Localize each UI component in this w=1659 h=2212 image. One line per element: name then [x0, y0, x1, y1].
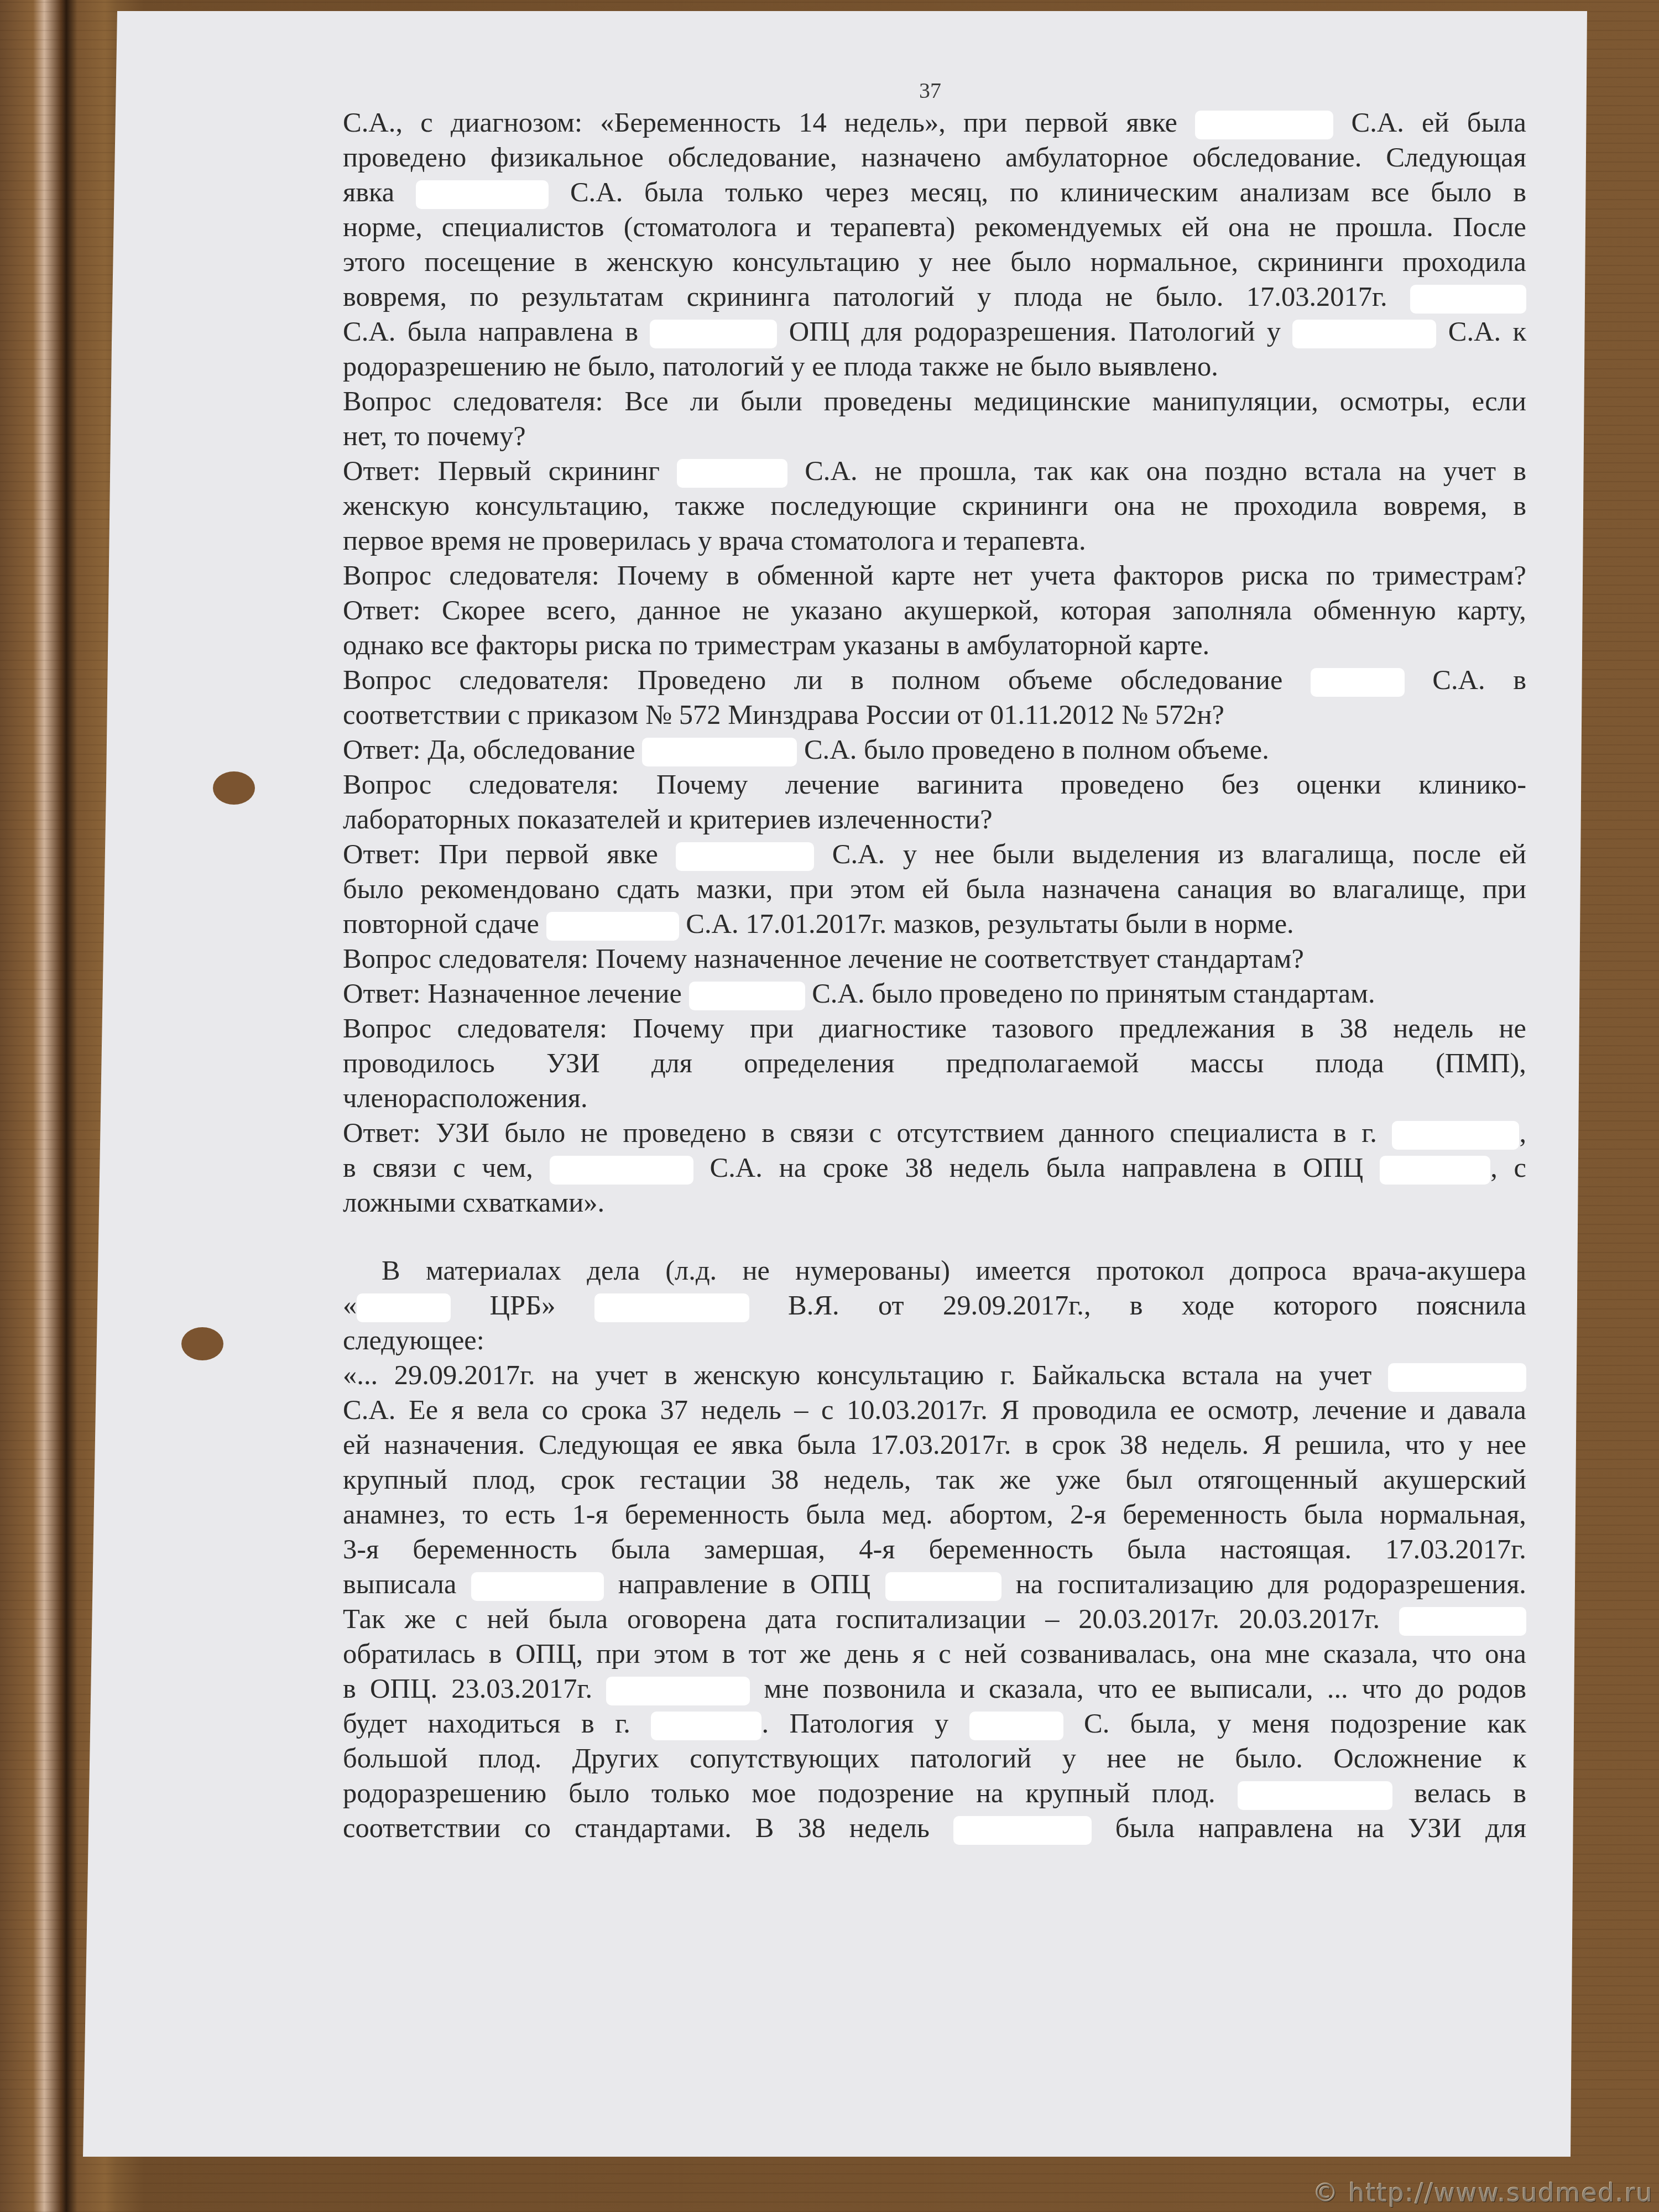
- redaction-mark: [642, 738, 797, 766]
- text-fragment: ,: [1519, 1117, 1526, 1148]
- text-line: ложными схватками».: [343, 1185, 1526, 1220]
- text-fragment: родоразрешению было только мое подозрени…: [343, 1777, 1238, 1808]
- text-fragment: в связи с чем,: [343, 1152, 550, 1183]
- text-line: Ответ: Назначенное лечение С.А. было про…: [343, 976, 1526, 1011]
- redaction-mark: [471, 1572, 604, 1601]
- text-fragment: С.А. не прошла, так как она поздно встал…: [787, 455, 1526, 486]
- text-line: нет, то почему?: [343, 419, 1526, 453]
- text-fragment: первое время не проверилась у врача стом…: [343, 525, 1086, 556]
- text-fragment: выписала: [343, 1568, 471, 1599]
- text-fragment: родоразрешению не было, патологий у ее п…: [343, 351, 1218, 382]
- text-line: С.А., с диагнозом: «Беременность 14 неде…: [343, 105, 1526, 140]
- redaction-mark: [676, 842, 814, 871]
- text-line: Вопрос следователя: Почему в обменной ка…: [343, 558, 1526, 593]
- text-fragment: было рекомендовано сдать мазки, при этом…: [343, 873, 1526, 904]
- text-fragment: направление в ОПЦ: [604, 1568, 885, 1599]
- text-line: выписала направление в ОПЦ на госпитализ…: [343, 1567, 1526, 1601]
- text-line: Ответ: Первый скрининг С.А. не прошла, т…: [343, 453, 1526, 488]
- text-fragment: ЦРБ»: [451, 1290, 594, 1321]
- text-line: ей назначения. Следующая ее явка была 17…: [343, 1427, 1526, 1462]
- text-fragment: С. была, у меня подозрение как: [1063, 1708, 1526, 1739]
- redaction-mark: [689, 982, 805, 1010]
- text-fragment: 3-я беременность была замершая, 4-я бере…: [343, 1533, 1526, 1564]
- text-line: Так же с ней была оговорена дата госпита…: [343, 1601, 1526, 1636]
- text-fragment: Ответ: Назначенное лечение: [343, 978, 689, 1009]
- text-line: в ОПЦ. 23.03.2017г. мне позвонила и сказ…: [343, 1671, 1526, 1706]
- text-line: вовремя, по результатам скрининга патоло…: [343, 279, 1526, 314]
- redaction-mark: [546, 912, 679, 941]
- document-body-text: С.А., с диагнозом: «Беременность 14 неде…: [343, 105, 1526, 1845]
- text-fragment: . Патология у: [761, 1708, 969, 1739]
- text-line: « ЦРБ» В.Я. от 29.09.2017г., в ходе кото…: [343, 1288, 1526, 1323]
- text-line: Вопрос следователя: Проведено ли в полно…: [343, 662, 1526, 697]
- text-line: соответствии с приказом № 572 Минздрава …: [343, 697, 1526, 732]
- text-fragment: С.А. было проведено по принятым стандарт…: [805, 978, 1375, 1009]
- text-line: крупный плод, срок гестации 38 недель, т…: [343, 1462, 1526, 1497]
- page-number: 37: [919, 77, 941, 103]
- text-line: анамнез, то есть 1-я беременность была м…: [343, 1497, 1526, 1532]
- text-line: «... 29.09.2017г. на учет в женскую конс…: [343, 1358, 1526, 1392]
- text-fragment: Вопрос следователя: Все ли были проведен…: [343, 385, 1526, 416]
- redaction-mark: [1399, 1607, 1526, 1636]
- text-line: В материалах дела (л.д. не нумерованы) и…: [343, 1253, 1526, 1288]
- redaction-mark: [550, 1156, 693, 1185]
- redaction-mark: [1311, 668, 1405, 697]
- redaction-mark: [1410, 285, 1526, 314]
- redaction-mark: [651, 1712, 761, 1740]
- text-line: Ответ: Скорее всего, данное не указано а…: [343, 593, 1526, 628]
- text-fragment: Ответ: Первый скрининг: [343, 455, 677, 486]
- text-fragment: С.А. к: [1436, 316, 1526, 347]
- text-fragment: обратилась в ОПЦ, при этом в тот же день…: [343, 1638, 1526, 1669]
- punch-hole: [181, 1327, 223, 1360]
- text-line: явка С.А. была только через месяц, по кл…: [343, 175, 1526, 210]
- text-fragment: С.А. на сроке 38 недель была направлена …: [693, 1152, 1380, 1183]
- text-fragment: Вопрос следователя: Проведено ли в полно…: [343, 664, 1311, 695]
- text-line: С.А. Ее я вела со срока 37 недель – с 10…: [343, 1392, 1526, 1427]
- text-line: Вопрос следователя: Все ли были проведен…: [343, 384, 1526, 419]
- text-line: в связи с чем, С.А. на сроке 38 недель б…: [343, 1150, 1526, 1185]
- text-fragment: , с: [1490, 1152, 1526, 1183]
- text-fragment: Ответ: УЗИ было не проведено в связи с о…: [343, 1117, 1392, 1148]
- redaction-mark: [969, 1712, 1063, 1740]
- text-line: норме, специалистов (стоматолога и терап…: [343, 210, 1526, 244]
- text-fragment: следующее:: [343, 1324, 484, 1355]
- redaction-mark: [594, 1293, 749, 1322]
- text-fragment: соответствии со стандартами. В 38 недель: [343, 1812, 953, 1843]
- text-fragment: этого посещение в женскую консультацию у…: [343, 246, 1526, 277]
- text-line: 3-я беременность была замершая, 4-я бере…: [343, 1532, 1526, 1567]
- text-fragment: Ответ: Скорее всего, данное не указано а…: [343, 594, 1526, 625]
- text-fragment: на госпитализацию для родоразрешения.: [1001, 1568, 1526, 1599]
- text-fragment: Ответ: Да, обследование: [343, 734, 642, 765]
- text-line: первое время не проверилась у врача стом…: [343, 523, 1526, 558]
- text-line: Вопрос следователя: Почему назначенное л…: [343, 941, 1526, 976]
- text-fragment: С.А. было проведено в полном объеме.: [797, 734, 1269, 765]
- text-fragment: велась в: [1392, 1777, 1526, 1808]
- redaction-mark: [677, 459, 787, 488]
- text-fragment: С.А. была только через месяц, по клиниче…: [549, 176, 1526, 207]
- text-fragment: С.А. ей была: [1333, 107, 1526, 138]
- text-line: родоразрешению не было, патологий у ее п…: [343, 349, 1526, 384]
- text-fragment: лабораторных показателей и критериев изл…: [343, 804, 993, 834]
- text-fragment: норме, специалистов (стоматолога и терап…: [343, 211, 1526, 242]
- redaction-mark: [1388, 1363, 1526, 1392]
- redaction-mark: [650, 320, 777, 348]
- text-fragment: проведено физикальное обследование, назн…: [343, 142, 1526, 173]
- text-fragment: Так же с ней была оговорена дата госпита…: [343, 1603, 1399, 1634]
- text-fragment: С.А. 17.01.2017г. мазков, результаты был…: [679, 908, 1294, 939]
- redaction-mark: [953, 1816, 1092, 1845]
- text-line: членорасположения.: [343, 1081, 1526, 1115]
- text-fragment: анамнез, то есть 1-я беременность была м…: [343, 1499, 1526, 1530]
- redaction-mark: [1380, 1156, 1490, 1185]
- text-fragment: «... 29.09.2017г. на учет в женскую конс…: [343, 1359, 1388, 1390]
- redaction-mark: [1238, 1781, 1392, 1810]
- text-fragment: С.А. Ее я вела со срока 37 недель – с 10…: [343, 1394, 1526, 1425]
- text-fragment: большой плод. Других сопутствующих патол…: [343, 1743, 1526, 1773]
- text-fragment: проводилось УЗИ для определения предпола…: [343, 1047, 1526, 1078]
- text-fragment: ОПЦ для родоразрешения. Патологий у: [777, 316, 1292, 347]
- text-fragment: членорасположения.: [343, 1082, 588, 1113]
- text-fragment: В.Я. от 29.09.2017г., в ходе которого по…: [749, 1290, 1526, 1321]
- watermark: © http://www.sudmed.ru: [1313, 2178, 1653, 2208]
- text-line: обратилась в ОПЦ, при этом в тот же день…: [343, 1636, 1526, 1671]
- text-fragment: Вопрос следователя: Почему лечение вагин…: [343, 769, 1526, 800]
- text-line: Ответ: Да, обследование С.А. было провед…: [343, 732, 1526, 767]
- text-line: Ответ: При первой явке С.А. у нее были в…: [343, 837, 1526, 872]
- text-fragment: В материалах дела (л.д. не нумерованы) и…: [382, 1255, 1526, 1286]
- text-fragment: женскую консультацию, также последующие …: [343, 490, 1526, 521]
- text-fragment: Вопрос следователя: Почему при диагности…: [343, 1013, 1526, 1044]
- text-fragment: однако все факторы риска по триместрам у…: [343, 629, 1209, 660]
- text-line: проведено физикальное обследование, назн…: [343, 140, 1526, 175]
- text-line: повторной сдаче С.А. 17.01.2017г. мазков…: [343, 906, 1526, 941]
- text-fragment: ей назначения. Следующая ее явка была 17…: [343, 1429, 1526, 1460]
- text-fragment: мне позвонила и сказала, что ее выписали…: [750, 1673, 1526, 1704]
- text-line: Вопрос следователя: Почему при диагности…: [343, 1011, 1526, 1046]
- text-line: большой плод. Других сопутствующих патол…: [343, 1741, 1526, 1776]
- text-fragment: Вопрос следователя: Почему в обменной ка…: [343, 560, 1526, 591]
- text-line: родоразрешению было только мое подозрени…: [343, 1776, 1526, 1811]
- redaction-mark: [416, 180, 549, 209]
- text-fragment: Вопрос следователя: Почему назначенное л…: [343, 943, 1304, 974]
- text-line: соответствии со стандартами. В 38 недель…: [343, 1811, 1526, 1845]
- text-line: этого посещение в женскую консультацию у…: [343, 244, 1526, 279]
- text-line: проводилось УЗИ для определения предпола…: [343, 1046, 1526, 1081]
- text-fragment: С.А., с диагнозом: «Беременность 14 неде…: [343, 107, 1195, 138]
- text-line: было рекомендовано сдать мазки, при этом…: [343, 872, 1526, 906]
- redaction-mark: [1292, 320, 1436, 348]
- text-fragment: повторной сдаче: [343, 908, 546, 939]
- text-line: будет находиться в г. . Патология у С. б…: [343, 1706, 1526, 1741]
- redaction-mark: [606, 1677, 750, 1705]
- text-fragment: С.А. в: [1405, 664, 1526, 695]
- text-fragment: «: [343, 1290, 357, 1321]
- text-fragment: крупный плод, срок гестации 38 недель, т…: [343, 1464, 1526, 1495]
- text-line: лабораторных показателей и критериев изл…: [343, 802, 1526, 837]
- redaction-mark: [357, 1293, 451, 1322]
- text-fragment: явка: [343, 176, 416, 207]
- punch-hole: [213, 771, 255, 805]
- text-line: однако все факторы риска по триместрам у…: [343, 628, 1526, 662]
- text-fragment: С.А. у нее были выделения из влагалища, …: [814, 838, 1526, 869]
- text-line: С.А. была направлена в ОПЦ для родоразре…: [343, 314, 1526, 349]
- text-fragment: соответствии с приказом № 572 Минздрава …: [343, 699, 1224, 730]
- redaction-mark: [885, 1572, 1001, 1601]
- text-line: следующее:: [343, 1323, 1526, 1358]
- text-fragment: Ответ: При первой явке: [343, 838, 676, 869]
- text-fragment: в ОПЦ. 23.03.2017г.: [343, 1673, 606, 1704]
- text-fragment: ложными схватками».: [343, 1187, 604, 1218]
- text-fragment: С.А. была направлена в: [343, 316, 650, 347]
- text-fragment: вовремя, по результатам скрининга патоло…: [343, 281, 1410, 312]
- paragraph-gap: [343, 1220, 1526, 1253]
- text-fragment: нет, то почему?: [343, 420, 526, 451]
- text-fragment: будет находиться в г.: [343, 1708, 651, 1739]
- text-line: Вопрос следователя: Почему лечение вагин…: [343, 767, 1526, 802]
- text-line: Ответ: УЗИ было не проведено в связи с о…: [343, 1115, 1526, 1150]
- redaction-mark: [1195, 111, 1333, 139]
- text-line: женскую консультацию, также последующие …: [343, 488, 1526, 523]
- text-fragment: была направлена на УЗИ для: [1092, 1812, 1526, 1843]
- redaction-mark: [1392, 1121, 1519, 1150]
